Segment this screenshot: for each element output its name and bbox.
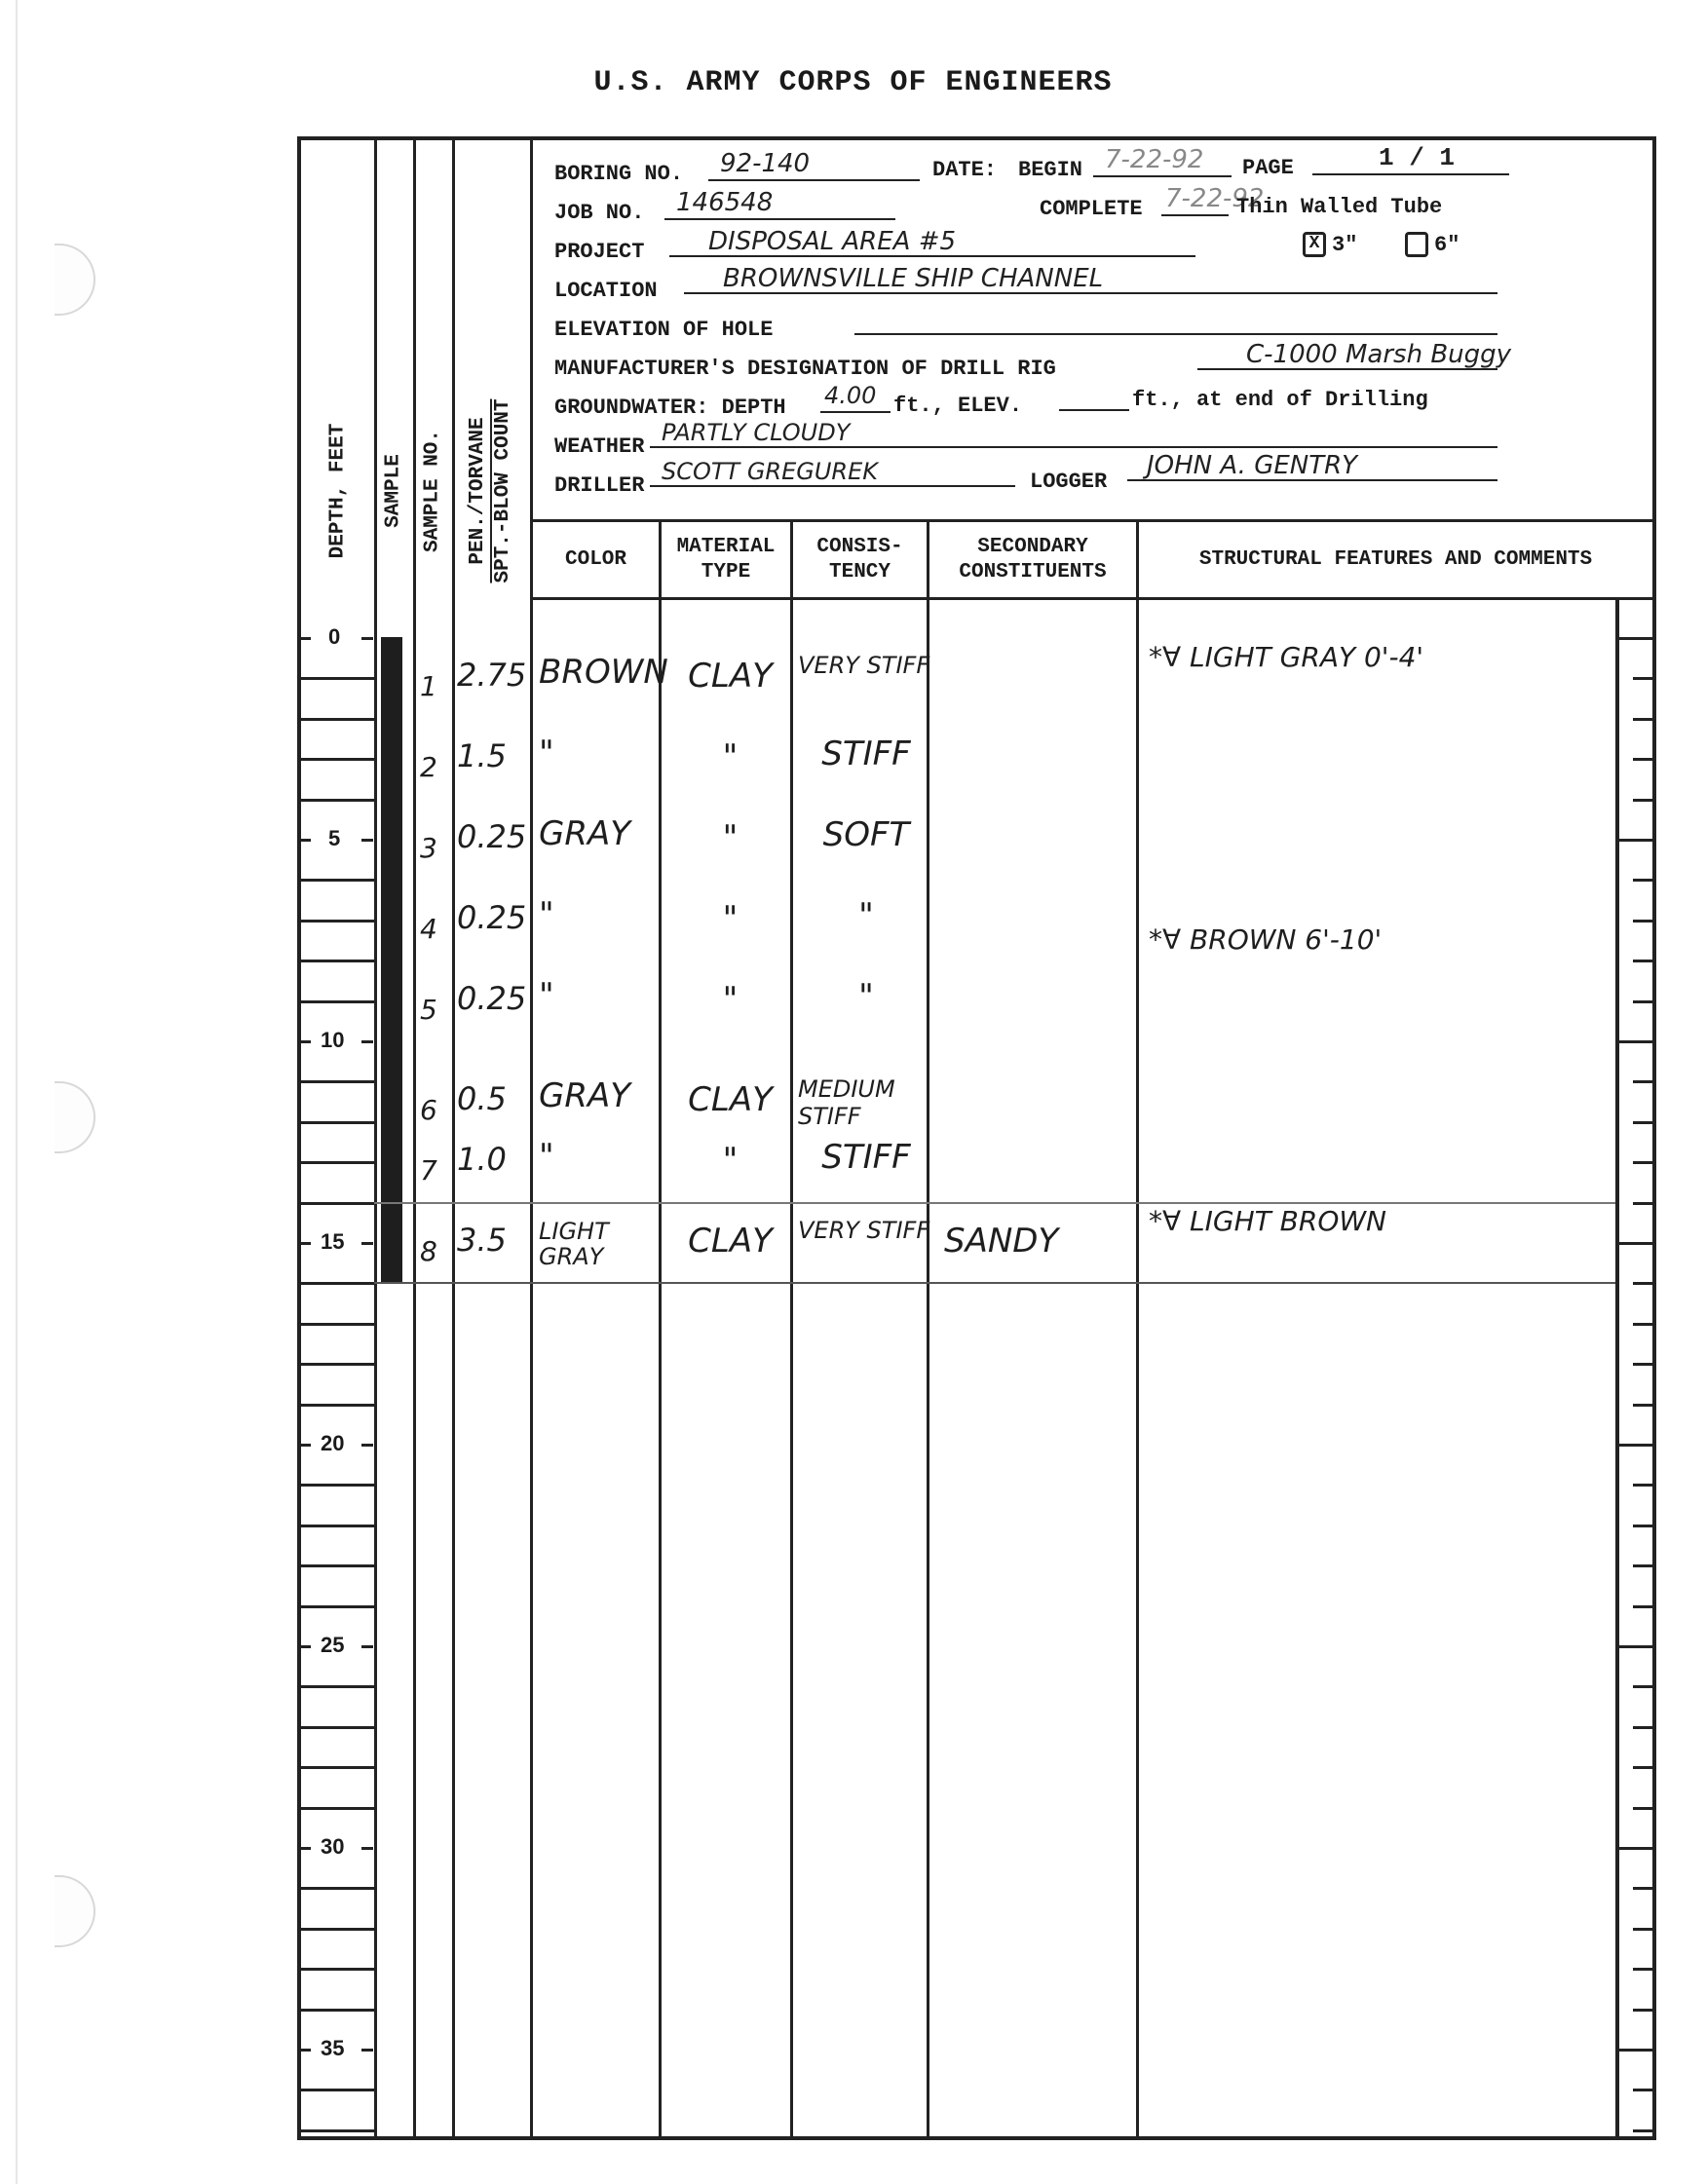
sample-number: 8 xyxy=(420,1238,437,1265)
logger-label: LOGGER xyxy=(1030,470,1107,494)
minor-tick xyxy=(301,718,374,721)
boring-info-header: BORING NO. 92-140 DATE: BEGIN 7-22-92 PA… xyxy=(533,140,1652,522)
structural-comment: *∀ LIGHT BROWN xyxy=(1149,1208,1386,1235)
minor-tick xyxy=(301,1605,374,1608)
tube-option-3in-label: 3" xyxy=(1332,233,1357,257)
right-minor-tick xyxy=(1633,1726,1652,1729)
major-tick xyxy=(361,839,373,842)
material-value: CLAY xyxy=(669,1083,791,1116)
color-column-header: COLOR xyxy=(533,522,662,600)
pen-column: PEN./TORVANE SPT.-BLOW COUNT xyxy=(452,140,533,2136)
consistency-value: VERY STIFF xyxy=(798,1217,934,1244)
right-minor-tick xyxy=(1633,1766,1652,1769)
consistency-value: " xyxy=(798,902,934,929)
minor-tick xyxy=(301,1323,374,1326)
checkbox-6in[interactable] xyxy=(1405,232,1428,257)
begin-date-field[interactable]: 7-22-92 xyxy=(1093,144,1232,177)
right-minor-tick xyxy=(1633,1807,1652,1810)
depth-label: 20 xyxy=(321,1431,344,1456)
material-value: CLAY xyxy=(669,659,791,693)
minor-tick xyxy=(301,1968,374,1971)
minor-tick xyxy=(301,1363,374,1366)
groundwater-depth-field[interactable]: 4.00 xyxy=(820,380,891,413)
right-major-tick xyxy=(1619,2049,1652,2052)
minor-tick xyxy=(301,879,374,882)
minor-tick xyxy=(301,1726,374,1729)
pen-value: 0.25 xyxy=(457,983,526,1014)
binder-hole xyxy=(55,1081,95,1153)
right-minor-tick xyxy=(1633,2089,1652,2091)
minor-tick xyxy=(301,677,374,680)
material-value: " xyxy=(669,1144,791,1177)
right-minor-tick xyxy=(1633,758,1652,761)
material-value: " xyxy=(669,740,791,773)
major-tick xyxy=(361,1444,373,1447)
right-minor-tick xyxy=(1633,920,1652,923)
depth-label: 35 xyxy=(321,2036,344,2061)
color-value: " xyxy=(539,902,661,927)
complete-date-field[interactable]: 7-22-92 xyxy=(1161,183,1229,216)
minor-tick xyxy=(301,1404,374,1407)
right-major-tick xyxy=(1619,1242,1652,1245)
right-minor-tick xyxy=(1633,1685,1652,1688)
minor-tick xyxy=(301,920,374,923)
minor-tick xyxy=(301,1484,374,1487)
groundwater-elev-field[interactable] xyxy=(1059,378,1129,411)
material-value: " xyxy=(669,821,791,854)
drill-rig-label: MANUFACTURER'S DESIGNATION OF DRILL RIG xyxy=(554,357,1056,381)
color-value: " xyxy=(539,983,661,1008)
end-of-drilling-label: ft., at end of Drilling xyxy=(1132,388,1428,412)
right-major-tick xyxy=(1619,1040,1652,1043)
major-tick xyxy=(361,1040,373,1043)
sample-number: 6 xyxy=(420,1097,437,1124)
project-label: PROJECT xyxy=(554,240,644,264)
minor-tick xyxy=(301,1080,374,1083)
minor-tick xyxy=(301,960,374,962)
elevation-field[interactable] xyxy=(854,304,1497,335)
pen-value: 1.5 xyxy=(457,740,507,772)
drill-rig-field[interactable]: C-1000 Marsh Buggy xyxy=(1197,339,1497,370)
color-value: " xyxy=(539,740,661,766)
sample-number: 1 xyxy=(420,673,437,700)
minor-tick xyxy=(301,1000,374,1003)
minor-tick xyxy=(301,1807,374,1810)
pen-value: 1.0 xyxy=(457,1144,507,1175)
major-tick xyxy=(361,1847,373,1850)
pen-value: 3.5 xyxy=(457,1224,507,1256)
major-tick xyxy=(301,637,311,640)
pen-column-label: PEN./TORVANE SPT.-BLOW COUNT xyxy=(467,398,515,583)
boring-no-field[interactable]: 92-140 xyxy=(708,148,920,181)
color-value: BROWN xyxy=(539,659,661,685)
right-minor-tick xyxy=(1633,1404,1652,1407)
depth-label: 10 xyxy=(321,1028,344,1053)
material-value: " xyxy=(669,902,791,935)
right-minor-tick xyxy=(1633,1484,1652,1487)
sample-no-column-label: SAMPLE NO. xyxy=(422,430,444,552)
minor-tick xyxy=(301,2129,374,2132)
date-label: DATE: xyxy=(932,158,997,182)
major-tick xyxy=(301,1645,311,1648)
ft-elev-label: ft., ELEV. xyxy=(893,394,1022,418)
consistency-column-header: CONSIS- TENCY xyxy=(793,522,929,600)
tube-option-3in[interactable]: X3" xyxy=(1303,232,1357,257)
consistency-value: MEDIUM STIFF xyxy=(798,1075,934,1130)
major-tick xyxy=(361,1645,373,1648)
driller-label: DRILLER xyxy=(554,473,644,498)
minor-tick xyxy=(301,1887,374,1890)
tube-label: Thin Walled Tube xyxy=(1236,195,1442,219)
job-no-field[interactable]: 146548 xyxy=(664,187,895,220)
sample-recovery-bar xyxy=(381,637,402,1282)
right-minor-tick xyxy=(1633,1121,1652,1124)
tube-option-6in-label: 6" xyxy=(1434,233,1460,257)
depth-label: 30 xyxy=(321,1834,344,1860)
depth-label: 5 xyxy=(328,826,340,851)
sample-number: 4 xyxy=(420,916,437,943)
page-field[interactable]: 1 / 1 xyxy=(1312,142,1509,175)
weather-field[interactable]: PARTLY CLOUDY xyxy=(650,417,1497,448)
right-minor-tick xyxy=(1633,1202,1652,1205)
elevation-label: ELEVATION OF HOLE xyxy=(554,318,773,342)
color-value: " xyxy=(539,1144,661,1169)
page-margin-line xyxy=(16,0,18,2184)
right-major-tick xyxy=(1619,637,1652,640)
right-minor-tick xyxy=(1633,1363,1652,1366)
minor-tick xyxy=(301,1564,374,1567)
right-minor-tick xyxy=(1633,1525,1652,1527)
complete-label: COMPLETE xyxy=(1040,197,1143,221)
agency-title: U.S. ARMY CORPS OF ENGINEERS xyxy=(0,66,1706,99)
boring-no-label: BORING NO. xyxy=(554,162,683,186)
pen-value: 0.5 xyxy=(457,1083,507,1114)
tube-option-6in[interactable]: 6" xyxy=(1405,232,1460,257)
minor-tick xyxy=(301,758,374,761)
color-value: LIGHT GRAY xyxy=(539,1219,661,1269)
material-column-header: MATERIAL TYPE xyxy=(662,522,793,600)
sample-end-line xyxy=(374,1282,1615,1284)
minor-tick xyxy=(301,1202,374,1205)
spt-blow-count-label: SPT.-BLOW COUNT xyxy=(492,398,514,583)
major-tick xyxy=(361,2049,373,2052)
location-field[interactable]: BROWNSVILLE SHIP CHANNEL xyxy=(684,263,1497,294)
binder-hole xyxy=(55,1875,95,1947)
right-minor-tick xyxy=(1633,960,1652,962)
consistency-value: STIFF xyxy=(798,1144,934,1171)
depth-column-label: DEPTH, FEET xyxy=(326,424,349,559)
right-minor-tick xyxy=(1633,1161,1652,1164)
major-tick xyxy=(301,2049,311,2052)
minor-tick xyxy=(301,1282,374,1285)
right-minor-tick xyxy=(1633,1080,1652,1083)
minor-tick xyxy=(301,799,374,802)
material-value: CLAY xyxy=(669,1224,791,1258)
major-tick xyxy=(301,1242,311,1245)
right-minor-tick xyxy=(1633,879,1652,882)
consistency-value: VERY STIFF xyxy=(798,652,934,679)
project-field[interactable]: DISPOSAL AREA #5 xyxy=(669,226,1195,257)
minor-tick xyxy=(301,1685,374,1688)
right-minor-tick xyxy=(1633,2129,1652,2132)
pen-value: 0.25 xyxy=(457,902,526,933)
secondary-column xyxy=(929,600,1139,2136)
minor-tick xyxy=(301,1525,374,1527)
sample-number: 2 xyxy=(420,754,437,781)
right-major-tick xyxy=(1619,1847,1652,1850)
right-minor-tick xyxy=(1633,677,1652,680)
consistency-value: " xyxy=(798,983,934,1010)
major-tick xyxy=(361,637,373,640)
minor-tick xyxy=(301,1121,374,1124)
minor-tick xyxy=(301,2089,374,2091)
right-minor-tick xyxy=(1633,799,1652,802)
secondary-column-header: SECONDARY CONSTITUENTS xyxy=(929,522,1139,600)
right-major-tick xyxy=(1619,1645,1652,1648)
driller-field[interactable]: SCOTT GREGUREK xyxy=(650,456,1015,487)
right-minor-tick xyxy=(1633,1323,1652,1326)
right-minor-tick xyxy=(1633,1282,1652,1285)
color-value: GRAY xyxy=(539,1083,661,1109)
job-no-label: JOB NO. xyxy=(554,201,644,225)
major-tick xyxy=(361,1242,373,1245)
binder-hole xyxy=(55,244,95,316)
secondary-value: SANDY xyxy=(944,1224,1058,1258)
sample-column-label: SAMPLE xyxy=(383,454,405,528)
sample-number: 7 xyxy=(420,1157,437,1185)
pen-value: 0.25 xyxy=(457,821,526,852)
minor-tick xyxy=(301,2009,374,2012)
right-minor-tick xyxy=(1633,1564,1652,1567)
sample-no-column: SAMPLE NO. xyxy=(413,140,455,2136)
right-minor-tick xyxy=(1633,1928,1652,1931)
depth-label: 0 xyxy=(328,624,340,650)
structural-column-header: STRUCTURAL FEATURES AND COMMENTS xyxy=(1139,522,1652,600)
minor-tick xyxy=(301,1928,374,1931)
structural-comment: *∀ BROWN 6'-10' xyxy=(1149,926,1382,954)
minor-tick xyxy=(301,1766,374,1769)
right-minor-tick xyxy=(1633,718,1652,721)
depth-label: 15 xyxy=(321,1229,344,1255)
major-tick xyxy=(301,839,311,842)
right-major-tick xyxy=(1619,1444,1652,1447)
sample-8-top-line xyxy=(374,1202,1615,1204)
sample-number: 5 xyxy=(420,997,437,1024)
right-minor-tick xyxy=(1633,1968,1652,1971)
structural-comment: *∀ LIGHT GRAY 0'-4' xyxy=(1149,644,1423,671)
right-major-tick xyxy=(1619,839,1652,842)
major-tick xyxy=(301,1847,311,1850)
weather-label: WEATHER xyxy=(554,434,644,459)
major-tick xyxy=(301,1444,311,1447)
page-label: PAGE xyxy=(1242,156,1294,180)
major-tick xyxy=(301,1040,311,1043)
consistency-value: SOFT xyxy=(798,821,934,848)
color-value: GRAY xyxy=(539,821,661,847)
sample-number: 3 xyxy=(420,835,437,862)
right-minor-tick xyxy=(1633,2009,1652,2012)
depth-label: 25 xyxy=(321,1633,344,1658)
pen-value: 2.75 xyxy=(457,659,526,691)
pen-torvane-label: PEN./TORVANE xyxy=(467,398,492,583)
consistency-value: STIFF xyxy=(798,740,934,768)
checkbox-3in[interactable]: X xyxy=(1303,232,1326,257)
begin-label: BEGIN xyxy=(1018,158,1082,182)
right-minor-tick xyxy=(1633,1000,1652,1003)
logger-field[interactable]: JOHN A. GENTRY xyxy=(1127,450,1497,481)
location-label: LOCATION xyxy=(554,279,658,303)
minor-tick xyxy=(301,1161,374,1164)
right-depth-scale xyxy=(1615,600,1652,2136)
right-minor-tick xyxy=(1633,1887,1652,1890)
boring-log-form: DEPTH, FEET SAMPLE SAMPLE NO. PEN./TORVA… xyxy=(297,136,1656,2140)
right-minor-tick xyxy=(1633,1605,1652,1608)
material-value: " xyxy=(669,983,791,1016)
